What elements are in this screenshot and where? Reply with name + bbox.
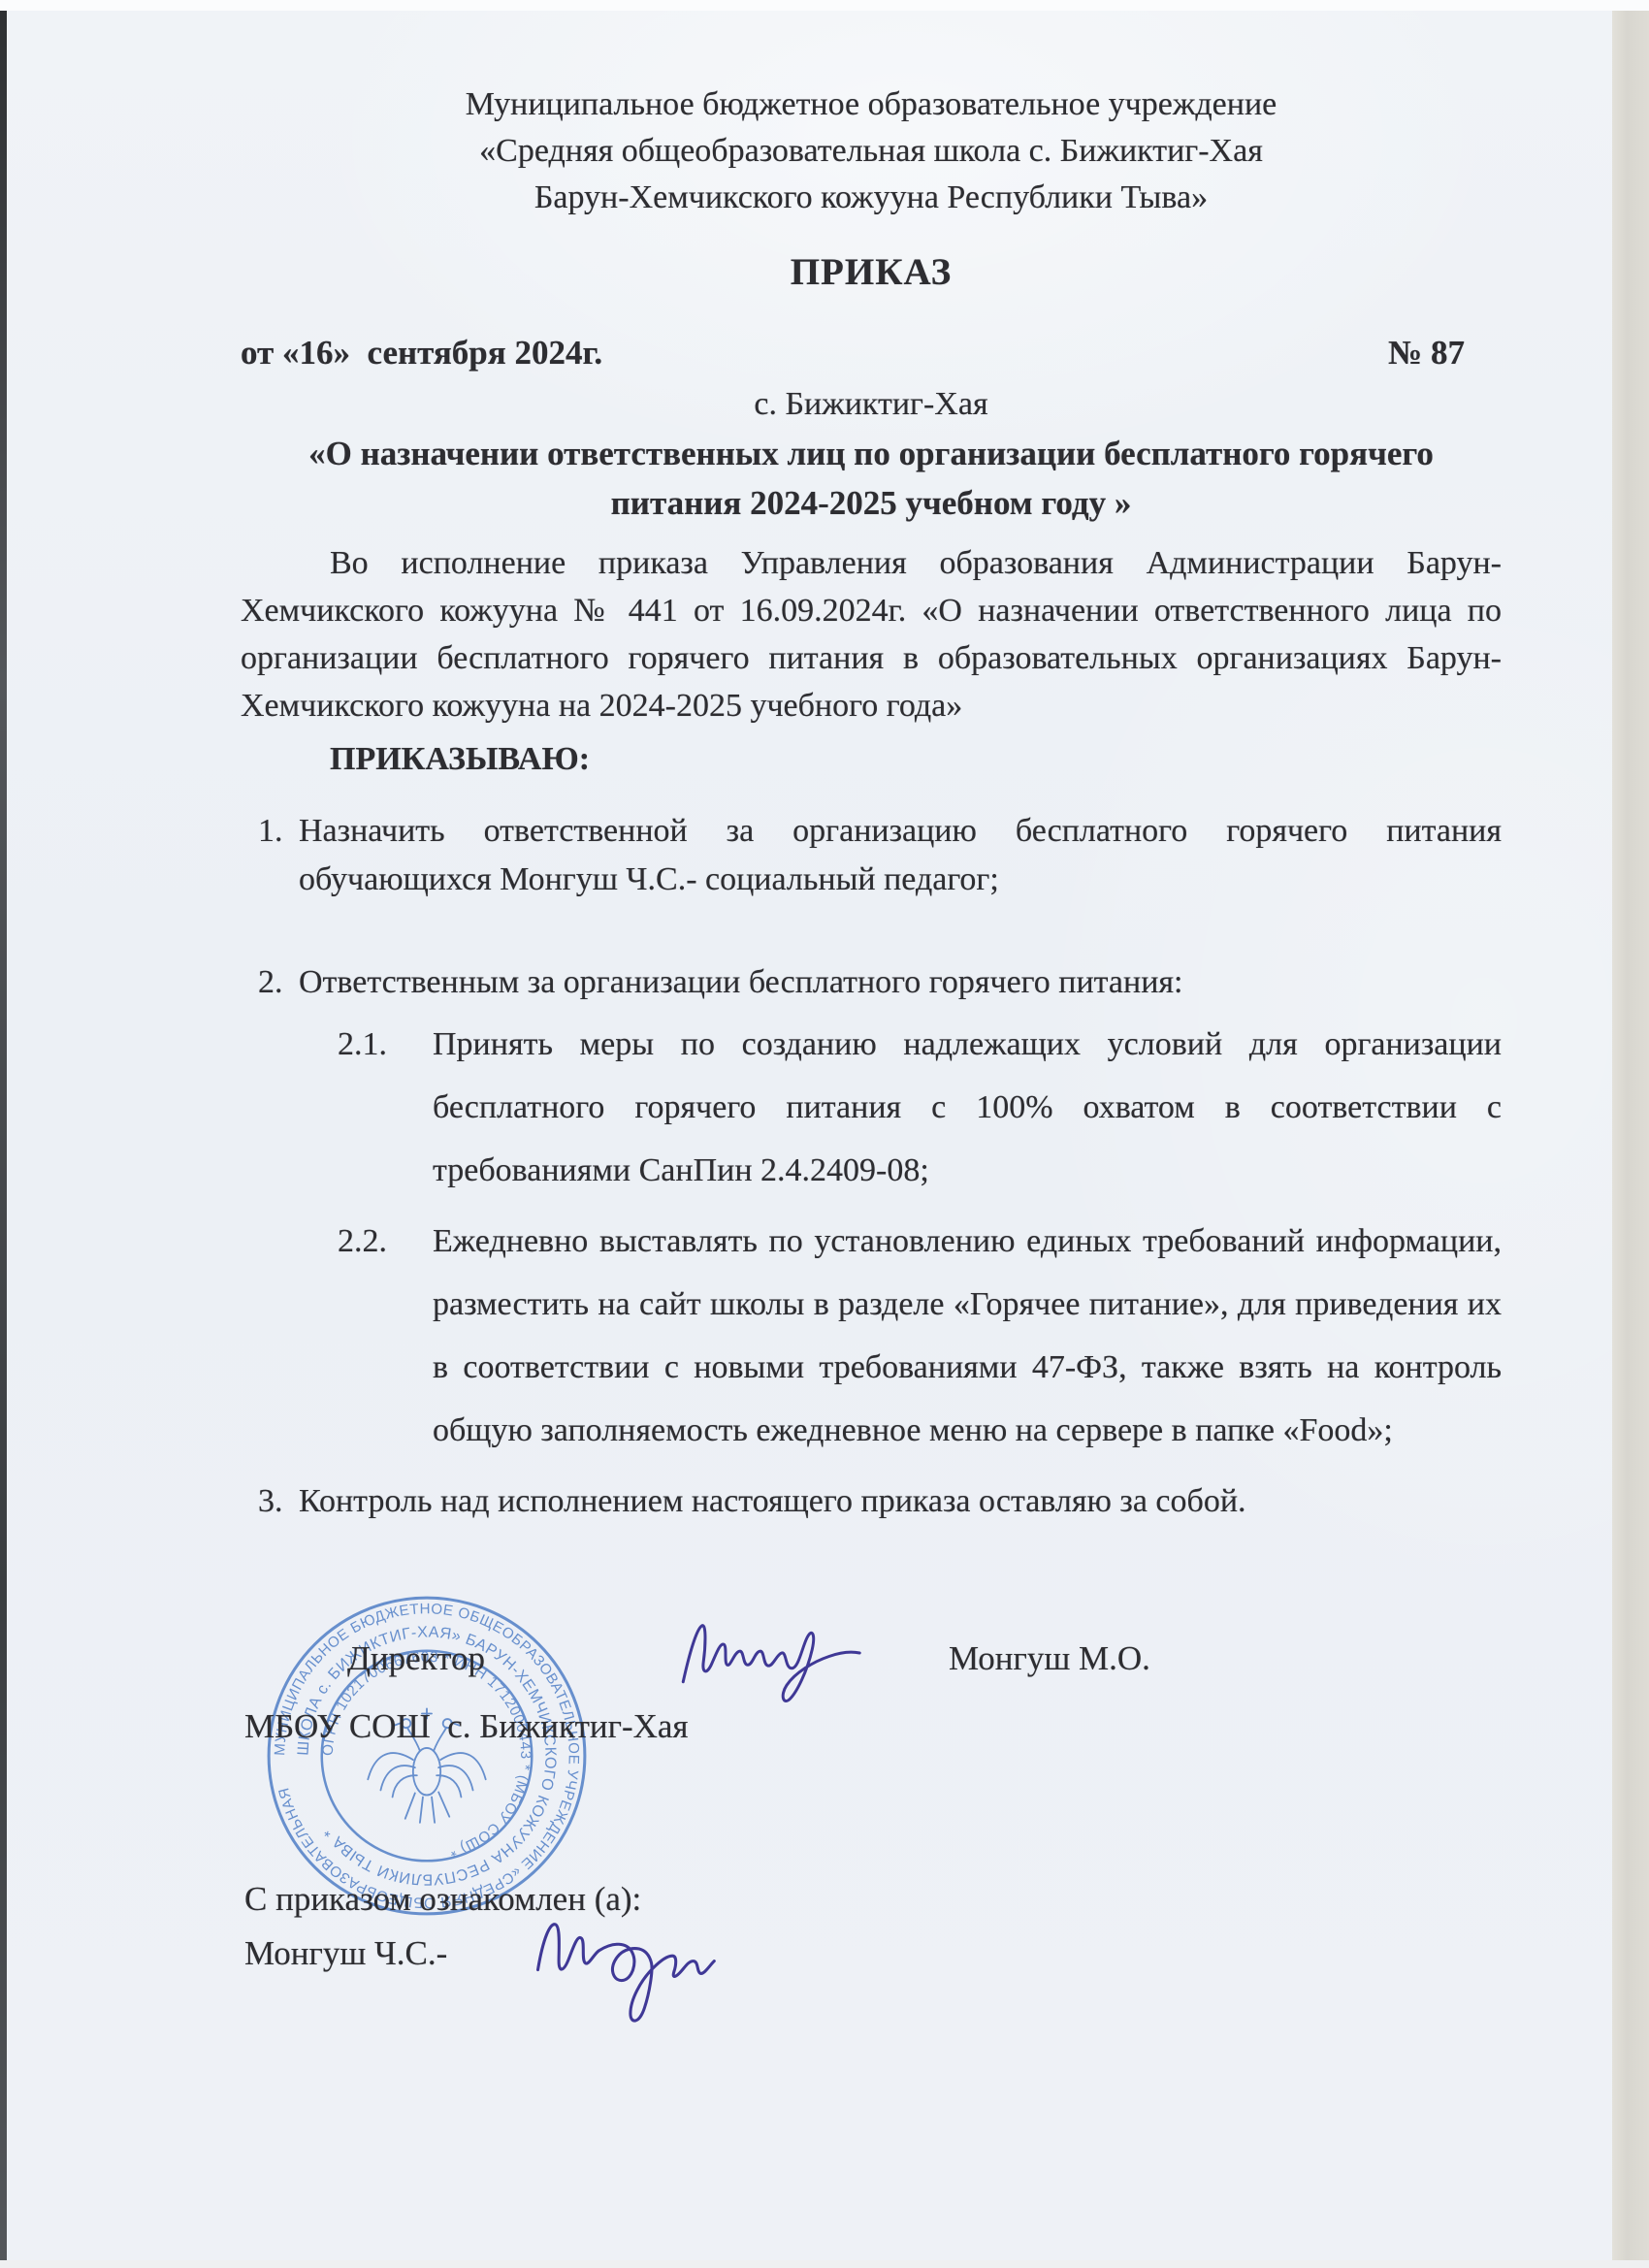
scan-edge-right [1612,0,1649,2268]
order-number: № 87 [1388,334,1465,373]
item-number: 2.1. [338,1013,433,1202]
org-header-line2: «Средняя общеобразовательная школа с. Би… [241,128,1502,175]
item-text: Ежедневно выставлять по установлению еди… [433,1210,1502,1462]
acknowledged-person: Монгуш Ч.С.- [244,1934,447,1973]
item-text: Принять меры по созданию надлежащих усло… [433,1013,1502,1202]
item-number: 2.2. [338,1210,433,1462]
org-header: Муниципальное бюджетное образовательное … [241,81,1502,221]
item-number: 1. [258,807,299,904]
item-text: Контроль над исполнением настоящего прик… [299,1477,1502,1526]
date-number-row: от «16» сентября 2024г. № 87 [241,334,1465,373]
scan-edge-left [0,0,7,2268]
director-name: Монгуш М.О. [949,1639,1150,1678]
item-text: Назначить ответственной за организацию б… [299,807,1502,904]
item-text: Ответственным за организации бесплатного… [299,958,1502,1007]
scanned-order-document: Муниципальное бюджетное образовательное … [0,0,1649,2268]
order-place: с. Бижиктиг-Хая [241,386,1502,423]
director-signature-ink [671,1597,875,1723]
document-title: ПРИКАЗ [241,250,1502,294]
order-item-2: 2. Ответственным за организации бесплатн… [241,958,1502,1007]
order-subject-text: «О назначении ответственных лиц по орган… [265,429,1477,528]
order-item-2-1: 2.1. Принять меры по созданию надлежащих… [241,1013,1502,1202]
order-subject: «О назначении ответственных лиц по орган… [241,429,1502,528]
order-item-1: 1. Назначить ответственной за организаци… [241,807,1502,904]
order-item-3: 3. Контроль над исполнением настоящего п… [241,1477,1502,1526]
org-line: МБОУ СОШ с. Бижиктиг-Хая [244,1707,689,1746]
item-number: 3. [258,1477,299,1526]
order-date: от «16» сентября 2024г. [241,334,602,373]
scan-edge-top [0,0,1649,11]
org-header-line3: Барун-Хемчикского кожууна Республики Тыв… [241,175,1502,221]
item-number: 2. [258,958,299,1007]
acknowledgement-signature-ink [520,1896,748,2027]
scan-edge-bottom [0,2260,1649,2268]
order-body: Во исполнение приказа Управления образов… [241,539,1502,1526]
order-preamble: Во исполнение приказа Управления образов… [241,539,1502,729]
org-header-line1: Муниципальное бюджетное образовательное … [241,81,1502,128]
resolution-word: ПРИКАЗЫВАЮ: [241,735,1502,784]
order-item-2-2: 2.2. Ежедневно выставлять по установлени… [241,1210,1502,1462]
director-label: Директор [347,1639,485,1678]
